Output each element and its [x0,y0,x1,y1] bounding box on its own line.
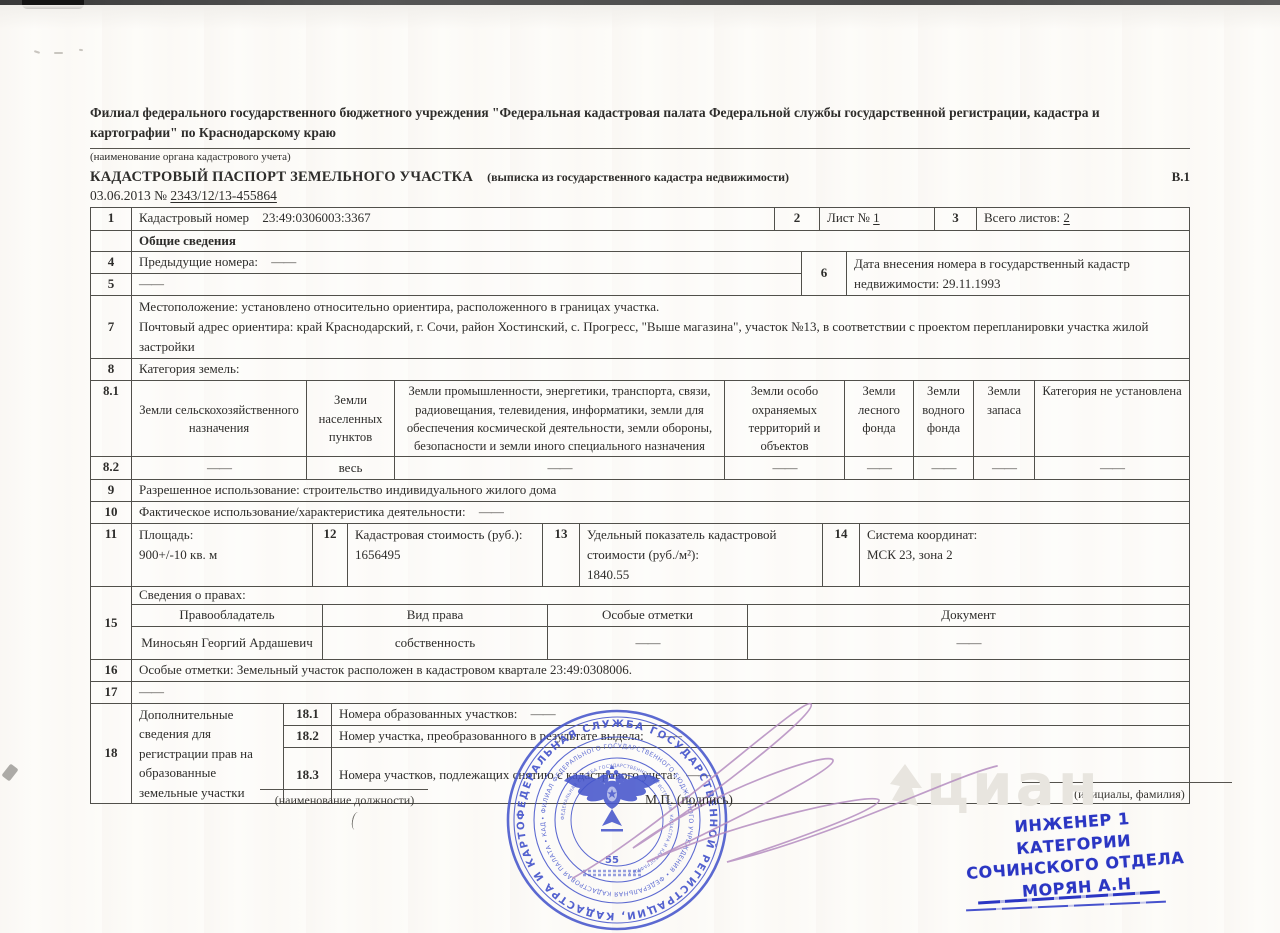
empty-dash: —— [139,276,163,291]
empty-dash: —— [547,627,747,659]
category-header-cell: Земли лесного фонда [844,381,913,456]
cadastral-number-value: 23:49:0306003:3367 [262,210,370,225]
row-number: 5 [91,274,131,295]
row-number: 13 [542,524,579,586]
category-header-cell: Земли промышленности, энергетики, трансп… [394,381,724,456]
row-number: 8.2 [91,457,131,479]
total-sheets-value: 2 [1063,210,1070,225]
seal-signature-caption: М.П. (подпись) [645,792,733,808]
category-value-cell: —— [394,457,724,479]
specific-value-cell: Удельный показатель кадастровой стоимост… [579,524,822,586]
row-number: 11 [91,524,131,586]
category-value-cell: весь [306,457,394,479]
empty-dash: —— [747,627,1189,659]
form-code: В.1 [1172,169,1190,185]
row-location: 7 Местоположение: установлено относитель… [91,295,1189,358]
location-cell: Местоположение: установлено относительно… [131,296,1189,358]
cadastral-value: 1656495 [355,545,535,565]
row-land-category-values: 8.2 —— весь —— —— —— —— —— —— [91,456,1189,479]
land-category-label: Категория земель: [131,359,1189,380]
row-number: 14 [822,524,859,586]
row-number: 15 [91,587,131,659]
category-header-cell: Категория не установлена [1034,381,1189,456]
permitted-use-cell: Разрешенное использование: строительство… [131,480,1189,501]
scanner-shadow [0,5,1280,29]
doc-date: 03.06.2013 № [90,188,167,203]
pen-mark [351,811,363,830]
general-info-header: Общие сведения [131,231,1189,252]
category-value-cell: —— [131,457,306,479]
row-17: 17 —— [91,681,1189,703]
sheet-cell: Лист № 1 [819,208,934,230]
row-number: 3 [934,208,976,230]
transformed-parcel-cell: Номер участка, преобразованного в резуль… [331,726,1189,747]
rights-section-label: Сведения о правах: [132,587,1189,604]
cadastral-value-cell: Кадастровая стоимость (руб.): 1656495 [347,524,542,586]
pencil-marks [34,48,124,56]
row-18-2: 18.2 Номер участка, преобразованного в р… [283,725,1189,747]
area-label: Площадь: [139,525,305,545]
category-value-cell: —— [973,457,1034,479]
rows-4-5-6: 4 Предыдущие номера: —— 5 —— 6 Дата [91,251,1189,295]
location-line1: Местоположение: установлено относительно… [139,297,1182,317]
formed-parcels-cell: Номера образованных участков: —— [331,704,1189,725]
previous-numbers-cell: Предыдущие номера: —— [131,252,801,273]
area-cell: Площадь: 900+/-10 кв. м [131,524,312,586]
row-18-1: 18.1 Номера образованных участков: —— [283,704,1189,725]
org-name: Филиал федерального государственного бюд… [90,103,1190,149]
position-caption: (наименование должности) [252,793,437,808]
category-value-cell: —— [913,457,973,479]
row-number: 18.1 [283,704,331,725]
row-number: 10 [91,502,131,523]
row-number: 6 [801,252,846,295]
row-number-spacer [91,231,131,252]
category-value-cell: —— [1034,457,1189,479]
registration-date-cell: Дата внесения номера в государственный к… [846,252,1189,295]
row-number: 1 [91,208,131,230]
sheet-label: Лист № [827,210,870,225]
row-number: 18 [91,704,131,804]
empty-dash: —— [479,504,503,519]
empty-dash: —— [271,254,295,269]
coordinate-system-value: МСК 23, зона 2 [867,545,1182,565]
rights-header-cell: Документ [747,605,1189,626]
official-round-seal: ФЕДЕРАЛЬНАЯ СЛУЖБА ГОСУДАРСТВЕННОЙ РЕГИС… [505,708,729,932]
row-number: 2 [774,208,819,230]
actual-use-label: Фактическое использование/характеристика… [139,504,466,519]
rights-header-cell: Особые отметки [547,605,747,626]
row-number: 12 [312,524,347,586]
location-line2: Почтовый адрес ориентира: край Краснодар… [139,317,1182,357]
area-value: 900+/-10 кв. м [139,545,305,565]
watermark-text: циан [926,756,1101,814]
row-number: 8 [91,359,131,380]
specific-value-label: Удельный показатель кадастровой стоимост… [587,525,815,565]
total-sheets-label: Всего листов: [984,210,1060,225]
cadastral-value-label: Кадастровая стоимость (руб.): [355,525,535,545]
category-header-cell: Земли особо охраняемых территорий и объе… [724,381,844,456]
coordinate-system-cell: Система координат: МСК 23, зона 2 [859,524,1189,586]
rights-header-cell: Правообладатель [132,605,322,626]
row-5-cell: —— [131,274,801,295]
row-cadastral-number: 1 Кадастровый номер 23:49:0306003:3367 2… [91,208,1189,230]
doc-subtitle: (выписка из государственного кадастра не… [487,170,789,184]
cadastral-number-cell: Кадастровый номер 23:49:0306003:3367 [131,208,774,230]
row-number: 7 [91,296,131,358]
title-row: КАДАСТРОВЫЙ ПАСПОРТ ЗЕМЕЛЬНОГО УЧАСТКА (… [90,168,1190,186]
watermark-cian: циан [884,756,1101,814]
row-number: 4 [91,252,131,273]
position-signature-line [260,789,428,790]
category-value-cell: —— [844,457,913,479]
row-number: 17 [91,682,131,703]
category-header-cell: Земли сельскохозяйственного назначения [131,381,306,456]
rows-11-14: 11 Площадь: 900+/-10 кв. м 12 Кадастрова… [91,523,1189,586]
category-header-cell: Земли населенных пунктов [306,381,394,456]
rights-owner: Миносьян Георгий Ардашевич [132,627,322,659]
cadastral-number-label: Кадастровый номер [139,210,249,225]
doc-title: КАДАСТРОВЫЙ ПАСПОРТ ЗЕМЕЛЬНОГО УЧАСТКА [90,169,473,185]
row-previous-numbers: 4 Предыдущие номера: —— [91,252,801,273]
ink-smudge [1,764,18,782]
scanned-document-page: циан Филиал федерального государственног… [0,0,1280,933]
row-land-category: 8 Категория земель: [91,358,1189,380]
doc-date-row: 03.06.2013 № 2343/12/13-455864 [90,188,1190,204]
row-actual-use: 10 Фактическое использование/характерист… [91,501,1189,523]
formed-parcels-label: Номера образованных участков: [339,706,517,721]
row-number: 8.1 [91,381,131,456]
sheet-value: 1 [873,210,880,225]
row-special-notes: 16 Особые отметки: Земельный участок рас… [91,659,1189,681]
previous-numbers-label: Предыдущие номера: [139,254,258,269]
empty-dash: —— [131,682,1189,703]
row-number: 18.2 [283,726,331,747]
total-sheets-cell: Всего листов: 2 [976,208,1189,230]
row-permitted-use: 9 Разрешенное использование: строительст… [91,479,1189,501]
actual-use-cell: Фактическое использование/характеристика… [131,502,1189,523]
row-land-category-headers: 8.1 Земли сельскохозяйственного назначен… [91,380,1189,456]
watermark-icon [884,760,926,810]
category-header-cell: Земли запаса [973,381,1034,456]
rights-header-row: Правообладатель Вид права Особые отметки… [132,604,1189,626]
rights-type: собственность [322,627,547,659]
special-notes-cell: Особые отметки: Земельный участок распол… [131,660,1189,681]
row-general-info-header: Общие сведения [91,230,1189,252]
rights-header-cell: Вид права [322,605,547,626]
category-header-cell: Земли водного фонда [913,381,973,456]
doc-number: 2343/12/13-455864 [170,188,277,203]
rights-value-row: Миносьян Георгий Ардашевич собственность… [132,626,1189,659]
specific-value: 1840.55 [587,565,815,585]
coordinate-system-label: Система координат: [867,525,1182,545]
seal-number: 55 [605,855,619,866]
row-5: 5 —— [91,273,801,295]
category-value-cell: —— [724,457,844,479]
document-content: Филиал федерального государственного бюд… [90,103,1190,804]
row-rights: 15 Сведения о правах: Правообладатель Ви… [91,586,1189,659]
row-number: 9 [91,480,131,501]
row-number: 16 [91,660,131,681]
org-caption: (наименование органа кадастрового учета) [90,149,1190,167]
